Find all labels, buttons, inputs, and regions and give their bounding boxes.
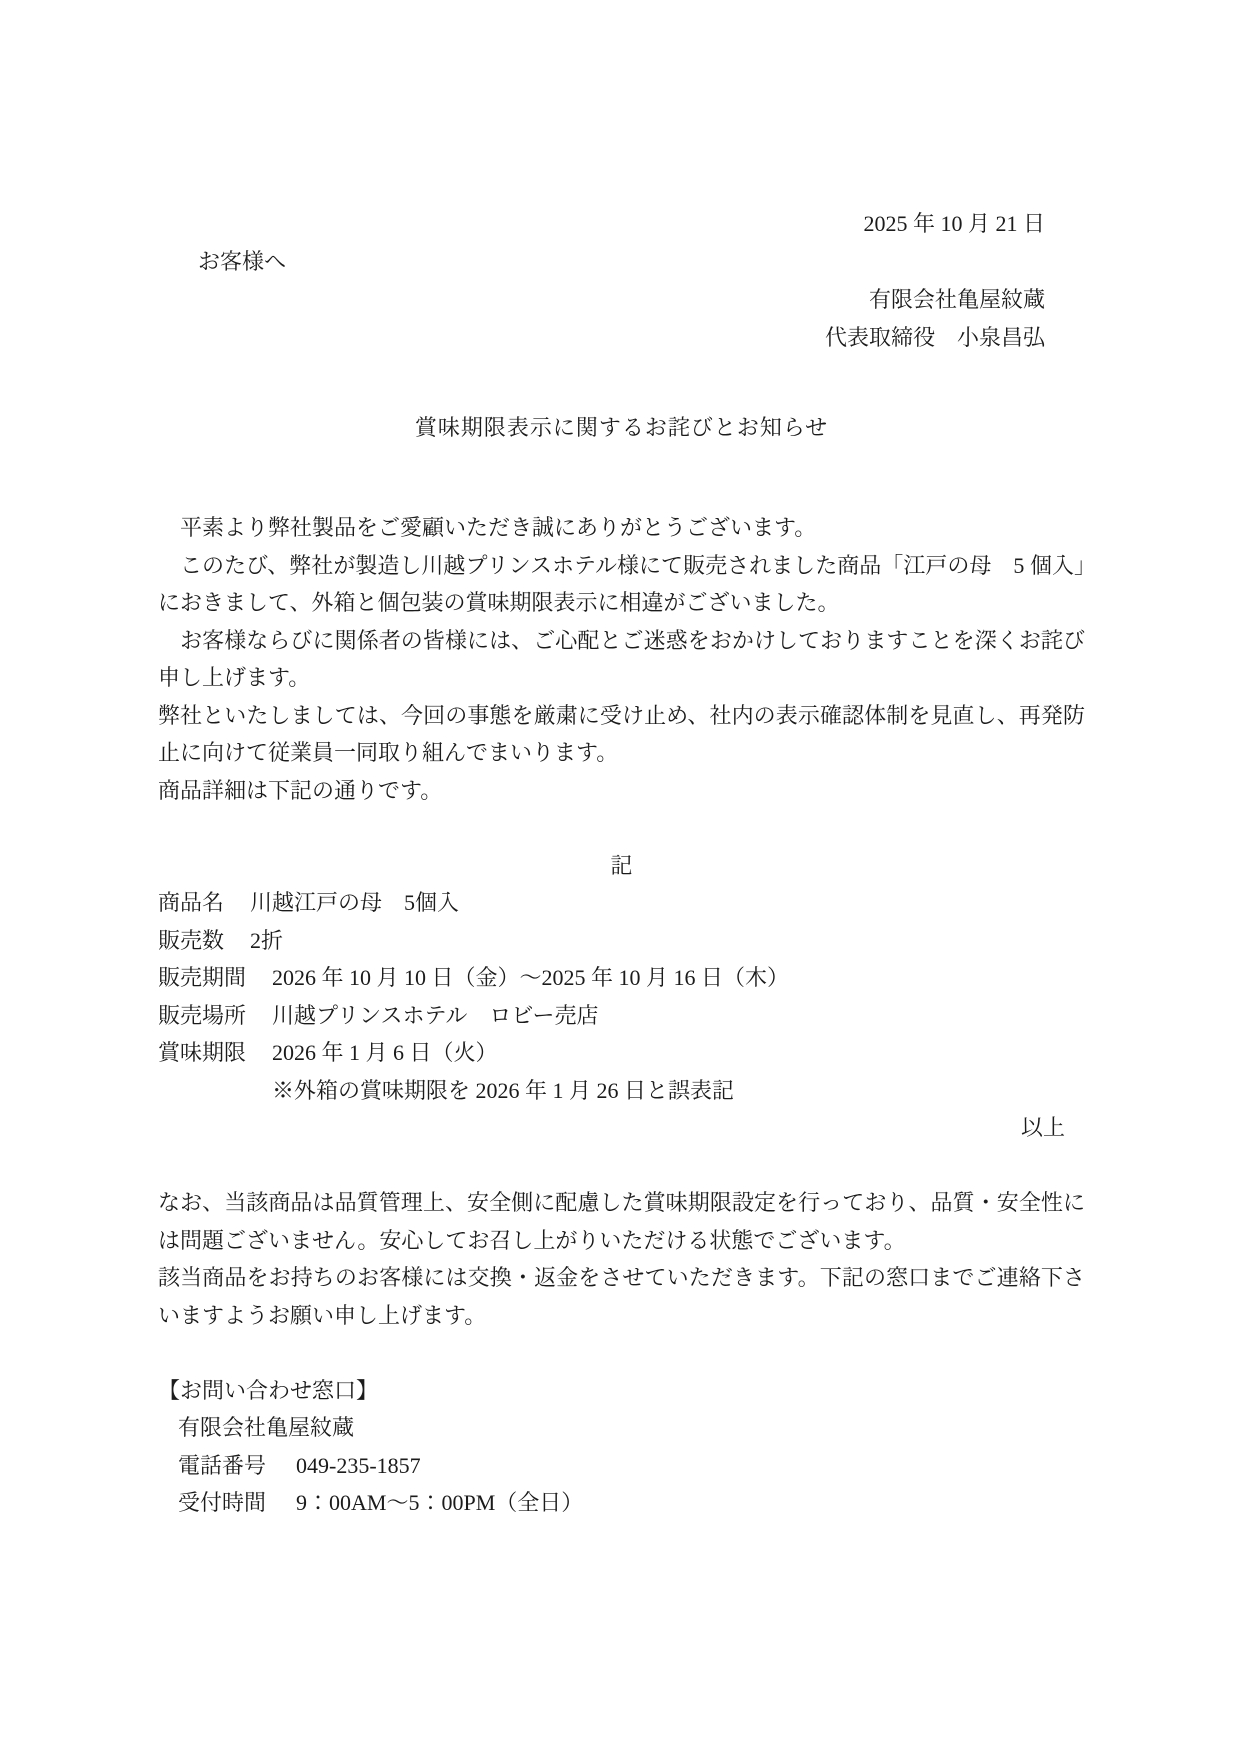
paragraph-exchange-refund: 該当商品をお持ちのお客様には交換・返金をさせていただきます。下記の窓口までご連絡… [158,1259,1085,1334]
sender-company: 有限会社亀屋紋蔵 [158,281,1085,319]
detail-label: 商品名 [158,884,224,922]
contact-company: 有限会社亀屋紋蔵 [158,1409,1085,1447]
detail-value: 川越プリンスホテル ロビー売店 [272,997,598,1035]
detail-mislabel-note: ※外箱の賞味期限を 2026 年 1 月 26 日と誤表記 [272,1072,1085,1110]
detail-label: 賞味期限 [158,1034,246,1072]
document-date: 2025 年 10 月 21 日 [158,205,1085,243]
detail-label: 販売数 [158,922,224,960]
contact-phone-label: 電話番号 [178,1447,266,1485]
document-header: 2025 年 10 月 21 日 お客様へ 有限会社亀屋紋蔵 代表取締役 小泉昌… [158,205,1085,357]
paragraph-incident: このたび、弊社が製造し川越プリンスホテル様にて販売されました商品「江戸の母 5 … [158,547,1085,622]
contact-section: 【お問い合わせ窓口】 有限会社亀屋紋蔵 電話番号 049-235-1857 受付… [158,1372,1085,1522]
detail-row-sales-count: 販売数 2折 [158,922,1085,960]
followup-paragraphs: なお、当該商品は品質管理上、安全側に配慮した賞味期限設定を行っており、品質・安全… [158,1184,1085,1334]
contact-hours-label: 受付時間 [178,1484,266,1522]
recipient: お客様へ [158,243,1085,281]
detail-label: 販売期間 [158,959,246,997]
paragraph-countermeasures: 弊社といたしましては、今回の事態を厳粛に受け止め、社内の表示確認体制を見直し、再… [158,697,1085,772]
paragraph-apology: お客様ならびに関係者の皆様には、ご心配とご迷惑をおかけしておりますことを深くお詫… [158,622,1085,697]
detail-row-product-name: 商品名 川越江戸の母 5個入 [158,884,1085,922]
detail-value: 2026 年 10 月 10 日（金）～2025 年 10 月 16 日（木） [272,959,789,997]
paragraph-greeting: 平素より弊社製品をご愛顧いただき誠にありがとうございます。 [158,509,1085,547]
detail-label: 販売場所 [158,997,246,1035]
detail-value: 2折 [250,922,283,960]
contact-hours-value: 9：00AM～5：00PM（全日） [296,1484,583,1522]
detail-value: 2026 年 1 月 6 日（火） [272,1034,498,1072]
document-title: 賞味期限表示に関するお詫びとお知らせ [158,409,1085,447]
detail-row-best-before: 賞味期限 2026 年 1 月 6 日（火） [158,1034,1085,1072]
detail-value: 川越江戸の母 5個入 [250,884,459,922]
contact-hours-row: 受付時間 9：00AM～5：00PM（全日） [158,1484,1085,1522]
contact-phone-number: 049-235-1857 [296,1447,421,1485]
body-paragraphs: 平素より弊社製品をご愛顧いただき誠にありがとうございます。 このたび、弊社が製造… [158,509,1085,809]
product-details: 商品名 川越江戸の母 5個入 販売数 2折 販売期間 2026 年 10 月 1… [158,884,1085,1109]
paragraph-quality-assurance: なお、当該商品は品質管理上、安全側に配慮した賞味期限設定を行っており、品質・安全… [158,1184,1085,1259]
contact-phone-row: 電話番号 049-235-1857 [158,1447,1085,1485]
paragraph-details-intro: 商品詳細は下記の通りです。 [158,772,1085,810]
closing-ijou: 以上 [158,1109,1085,1147]
detail-row-sales-place: 販売場所 川越プリンスホテル ロビー売店 [158,997,1085,1035]
record-heading: 記 [158,847,1085,885]
document-page: 2025 年 10 月 21 日 お客様へ 有限会社亀屋紋蔵 代表取締役 小泉昌… [0,0,1241,1755]
sender-representative: 代表取締役 小泉昌弘 [158,319,1085,357]
detail-row-sales-period: 販売期間 2026 年 10 月 10 日（金）～2025 年 10 月 16 … [158,959,1085,997]
contact-heading: 【お問い合わせ窓口】 [158,1372,1085,1410]
